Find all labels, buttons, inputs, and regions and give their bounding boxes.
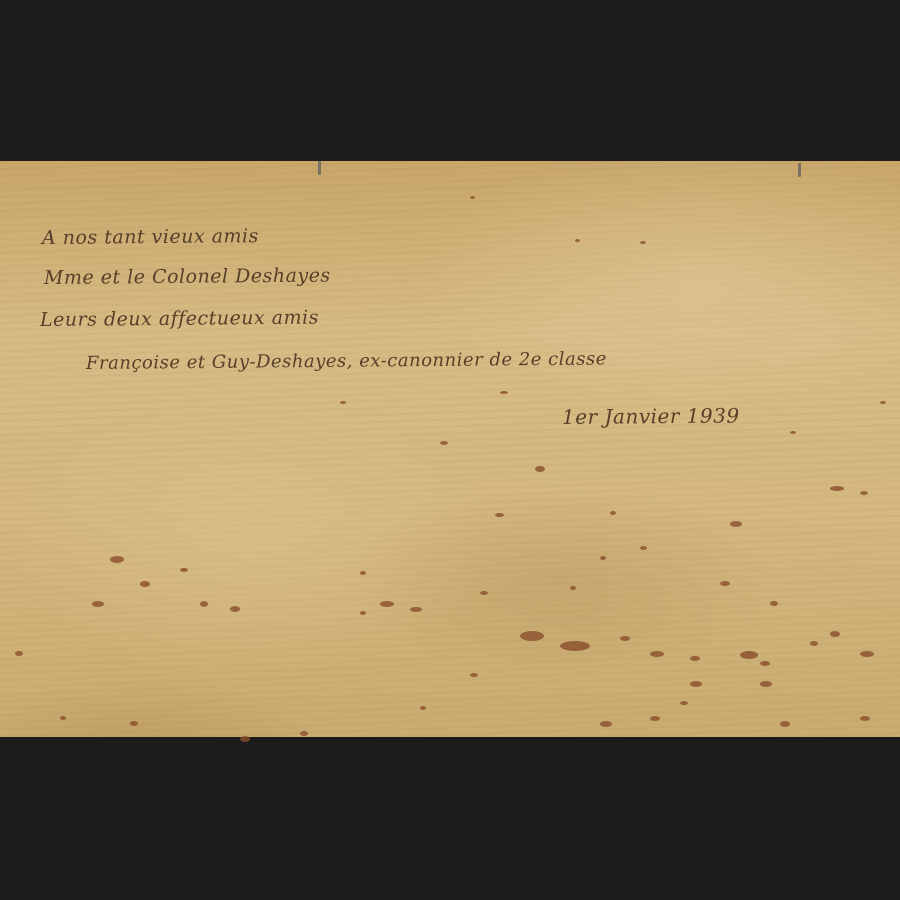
inscription-line-2: Mme et le Colonel Deshayes: [44, 264, 331, 289]
foxing-spot: [480, 591, 488, 595]
foxing-spot: [600, 556, 606, 560]
foxing-spot: [300, 731, 308, 736]
foxing-spot: [180, 568, 188, 572]
foxing-spot: [690, 656, 700, 661]
nail-mark: [318, 161, 321, 175]
foxing-spot: [110, 556, 124, 563]
foxing-spot: [535, 466, 545, 472]
foxing-spot: [760, 661, 770, 666]
foxing-spot: [620, 636, 630, 641]
foxing-spot: [500, 391, 508, 394]
foxing-spot: [740, 651, 758, 659]
foxing-spot: [130, 721, 138, 726]
foxing-spot: [780, 721, 790, 727]
foxing-spot: [440, 441, 448, 445]
foxing-spot: [420, 706, 426, 710]
foxing-spot: [860, 491, 868, 495]
foxing-spot: [360, 611, 366, 615]
foxing-spot: [200, 601, 208, 607]
foxing-spot: [570, 586, 576, 590]
foxing-spot: [410, 607, 422, 612]
foxing-spot: [240, 736, 250, 742]
inscription-line-1: A nos tant vieux amis: [42, 225, 259, 249]
foxing-spot: [860, 651, 874, 657]
foxing-spot: [560, 641, 590, 651]
foxing-spot: [140, 581, 150, 587]
inscription-line-4: Françoise et Guy-Deshayes, ex-canonnier …: [86, 348, 607, 374]
foxing-spot: [640, 241, 646, 244]
foxing-spot: [520, 631, 544, 641]
foxing-spot: [770, 601, 778, 606]
nail-mark: [798, 163, 801, 177]
foxing-spot: [470, 196, 475, 199]
foxing-spot: [650, 716, 660, 721]
foxing-spot: [610, 511, 616, 515]
foxing-spot: [575, 239, 580, 242]
foxing-spot: [760, 681, 772, 687]
foxing-spot: [720, 581, 730, 586]
wooden-board-photo: A nos tant vieux amis Mme et le Colonel …: [0, 161, 900, 737]
foxing-spot: [380, 601, 394, 607]
foxing-spot: [680, 701, 688, 705]
foxing-spot: [340, 401, 346, 404]
foxing-spot: [495, 513, 504, 517]
inscription-date: 1er Janvier 1939: [562, 403, 740, 429]
foxing-spot: [690, 681, 702, 687]
foxing-spot: [600, 721, 612, 727]
foxing-spot: [92, 601, 104, 607]
foxing-spot: [15, 651, 23, 656]
foxing-spot: [810, 641, 818, 646]
foxing-spot: [880, 401, 886, 404]
foxing-spot: [60, 716, 66, 720]
inscription-line-3: Leurs deux affectueux amis: [40, 307, 319, 331]
foxing-spot: [730, 521, 742, 527]
foxing-spot: [360, 571, 366, 575]
foxing-spot: [860, 716, 870, 721]
foxing-spot: [830, 631, 840, 637]
foxing-spot: [790, 431, 796, 434]
foxing-spot: [650, 651, 664, 657]
foxing-spot: [230, 606, 240, 612]
foxing-spot: [640, 546, 647, 550]
foxing-spot: [470, 673, 478, 677]
foxing-spot: [830, 486, 844, 491]
